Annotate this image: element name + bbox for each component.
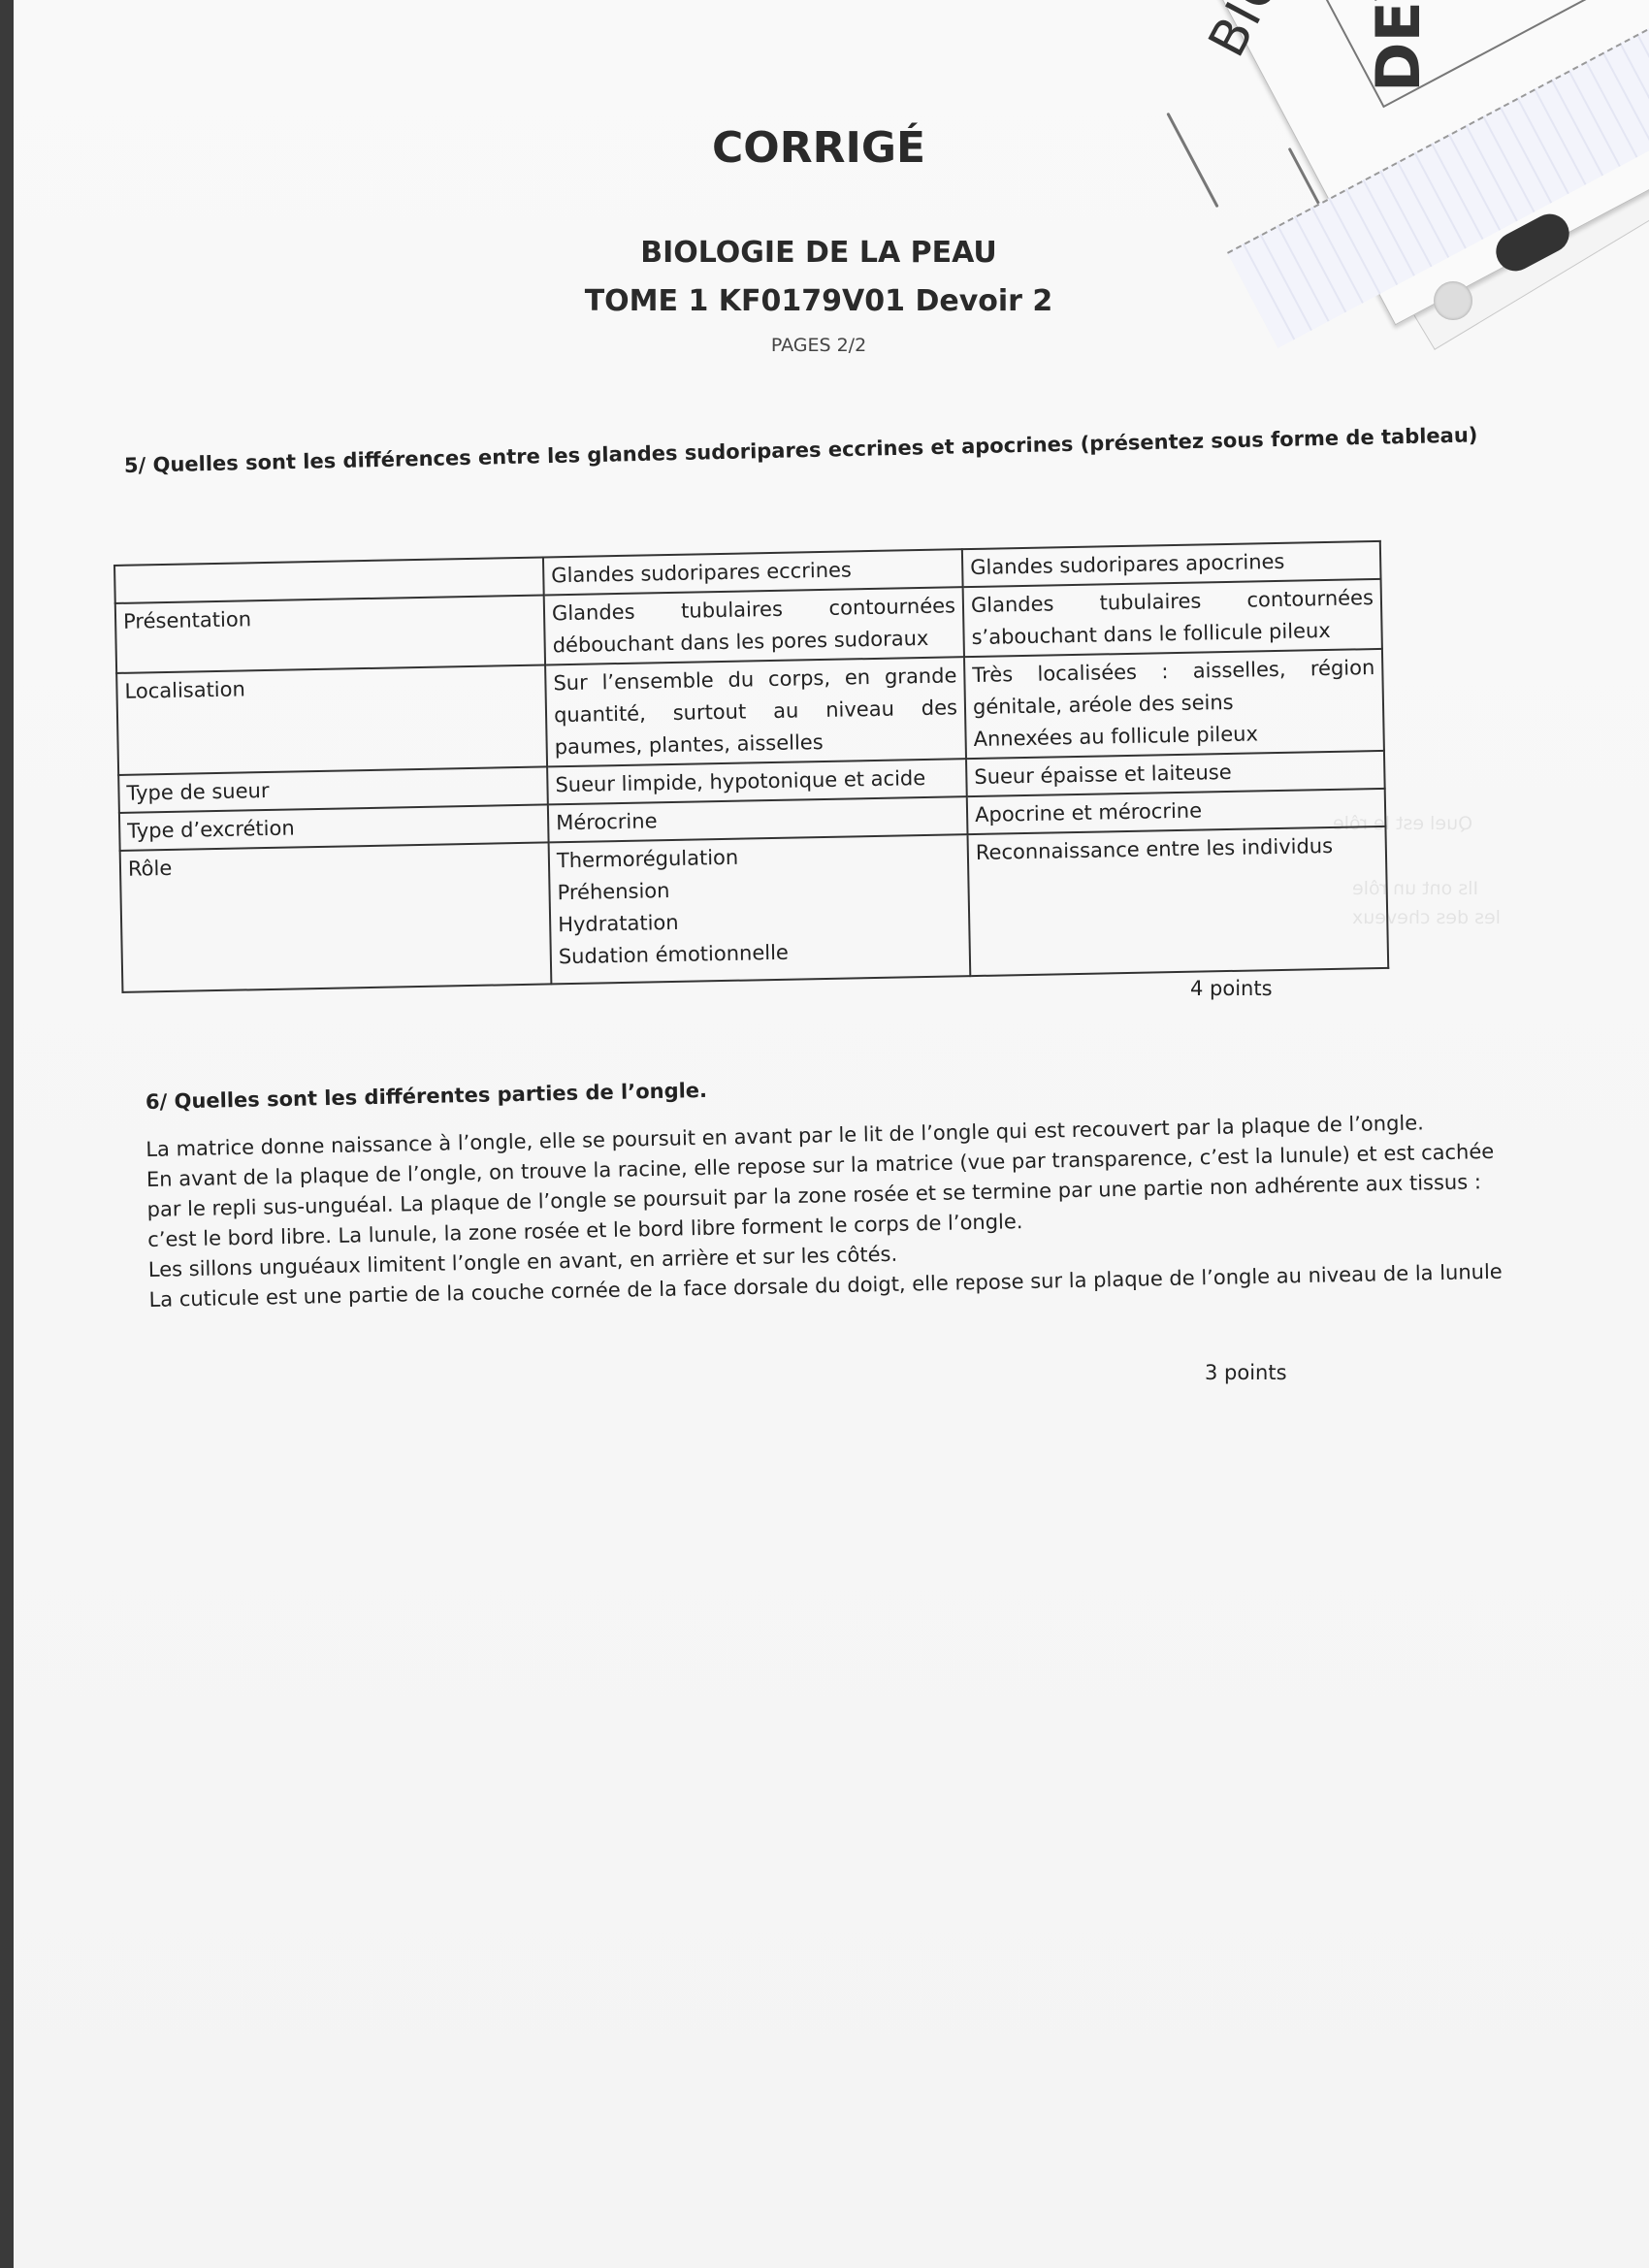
eccrine-cell: Sur l’ensemble du corps, en grande quant…	[545, 657, 966, 766]
apocrine-cell: Très localisées : aisselles, région géni…	[964, 649, 1384, 759]
cell-text: Sueur limpide, hypotonique et acide	[555, 761, 959, 801]
question-5-points: 4 points	[1190, 977, 1273, 1000]
cell-text: Glandes sudoripares eccrines	[551, 552, 955, 592]
cell-text: Sueur épaisse et laiteuse	[974, 754, 1377, 794]
comparison-table: Glandes sudoripares eccrinesGlandes sudo…	[113, 540, 1389, 993]
row-label: Présentation	[115, 595, 545, 672]
glands-comparison-table: Glandes sudoripares eccrinesGlandes sudo…	[113, 540, 1389, 993]
punch-hole-icon	[1434, 281, 1472, 320]
cell-text: Reconnaissance entre les individus	[976, 829, 1379, 869]
apocrine-cell: Reconnaissance entre les individus	[968, 826, 1389, 976]
question-6-answer: La matrice donne naissance à l’ongle, el…	[145, 1105, 1575, 1315]
cell-text: Glandes sudoripares apocrines	[970, 544, 1374, 584]
apocrine-cell: Glandes tubulaires contournées s’aboucha…	[963, 579, 1382, 657]
question-5-heading: 5/ Quelles sont les différences entre le…	[124, 423, 1478, 477]
table-row: RôleThermorégulationPréhensionHydratatio…	[120, 826, 1389, 992]
row-label: Localisation	[116, 664, 547, 774]
question-6-heading: 6/ Quelles sont les différentes parties …	[145, 1079, 708, 1114]
eccrine-cell: ThermorégulationPréhensionHydratationSud…	[549, 834, 971, 984]
cell-text: Présentation	[123, 607, 251, 633]
cell-text: Glandes tubulaires contournées débouchan…	[552, 590, 956, 662]
cell-text: Localisation	[124, 677, 245, 702]
cell-text: Mérocrine	[556, 799, 960, 839]
cell-text: Rôle	[128, 857, 173, 881]
page-indicator: PAGES 2/2	[14, 335, 1624, 356]
document-page: Quel est le rôle Ils ont un rôle les des…	[14, 0, 1649, 2268]
row-label: Rôle	[120, 842, 552, 991]
eccrine-cell: Glandes tubulaires contournées débouchan…	[544, 587, 964, 664]
overlay-devoir-label: DEV	[1363, 0, 1434, 92]
cell-text: Type d’excrétion	[127, 816, 295, 842]
scanner-edge	[0, 0, 14, 2268]
question-6-points: 3 points	[1205, 1361, 1287, 1384]
cell-text: Sur l’ensemble du corps, en grande quant…	[553, 660, 958, 763]
cell-text: Très localisées : aisselles, région géni…	[972, 652, 1375, 724]
cell-text: Type de sueur	[126, 779, 269, 805]
cell-text: Sudation émotionnelle	[559, 933, 963, 973]
cell-text: Apocrine et mérocrine	[975, 792, 1378, 831]
cell-text: Glandes tubulaires contournées s’aboucha…	[971, 582, 1374, 654]
cell-text: Annexées au follicule pileux	[973, 716, 1376, 756]
